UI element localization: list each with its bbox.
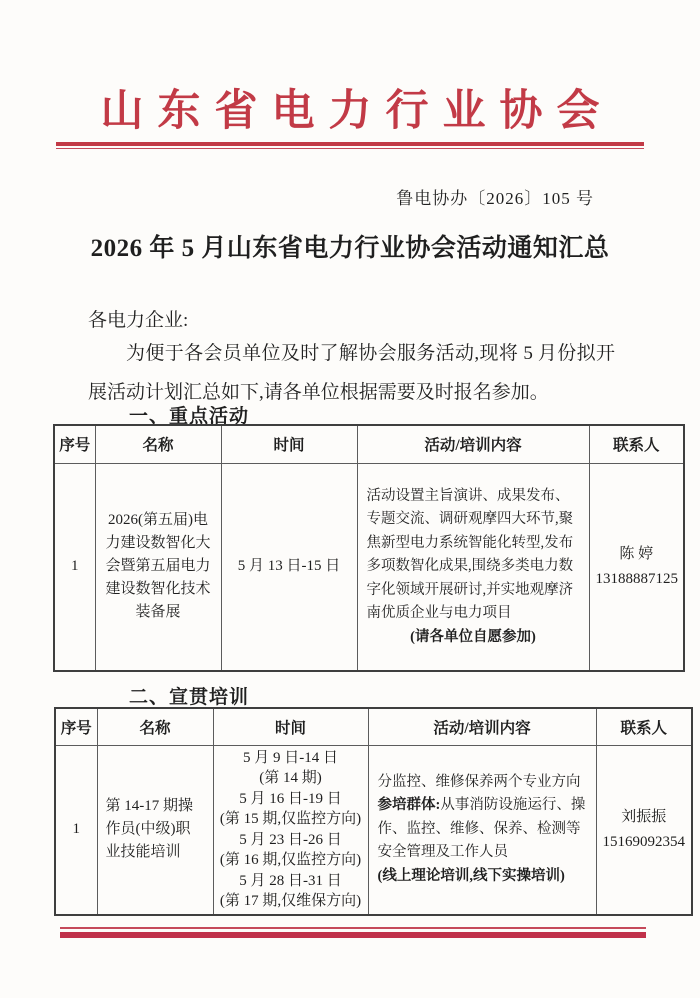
footer-double-rule [60,927,646,938]
col-header-name: 名称 [97,708,213,745]
training-name-cell: 第 14-17 期操作员(中级)职业技能培训 [97,745,213,915]
contact-phone: 13188887125 [596,567,678,592]
col-header-content: 活动/培训内容 [368,708,596,745]
contact-cell: 刘振振 15169092354 [596,745,692,915]
training-content-cell: 分监控、维修保养两个专业方向 参培群体:从事消防设施运行、操作、监控、维修、保养… [368,745,596,915]
col-header-time: 时间 [221,425,357,463]
doc-number: 鲁电协办〔2026〕105 号 [396,184,594,209]
table-row: 1 2026(第五届)电力建设数智化大会暨第五届电力建设数智化技术装备展 5 月… [54,463,684,671]
col-header-name: 名称 [95,425,221,463]
activity-time-cell: 5 月 13 日-15 日 [221,463,357,671]
col-header-content: 活动/培训内容 [357,425,589,463]
table-header-row: 序号 名称 时间 活动/培训内容 联系人 [54,425,684,463]
col-header-serial: 序号 [55,708,97,745]
contact-cell: 陈 婷 13188887125 [589,463,684,671]
letterhead-double-rule [56,142,644,149]
contact-name: 刘振振 [603,805,686,830]
salutation: 各电力企业: [88,305,188,332]
time-line: 5 月 23 日-26 日 [214,830,368,851]
activity-note: (请各单位自愿参加) [367,626,580,650]
contact-name: 陈 婷 [596,542,678,567]
col-header-contact: 联系人 [589,425,684,463]
time-line: 5 月 28 日-31 日 [214,871,368,892]
training-table: 序号 名称 时间 活动/培训内容 联系人 1 第 14-17 期操作员(中级)职… [54,707,693,916]
contact-phone: 15169092354 [603,830,686,855]
time-line: (第 17 期,仅维保方向) [214,891,368,912]
key-activities-table: 序号 名称 时间 活动/培训内容 联系人 1 2026(第五届)电力建设数智化大… [53,424,685,672]
col-header-contact: 联系人 [596,708,692,745]
activity-description: 活动设置主旨演讲、成果发布、专题交流、调研观摩四大环节,聚焦新型电力系统智能化转… [367,485,580,626]
audience-label: 参培群体: [378,797,441,813]
activity-content-cell: 活动设置主旨演讲、成果发布、专题交流、调研观摩四大环节,聚焦新型电力系统智能化转… [357,463,589,671]
training-direction: 分监控、维修保养两个专业方向 [378,771,587,795]
table-header-row: 序号 名称 时间 活动/培训内容 联系人 [55,708,692,745]
col-header-time: 时间 [213,708,368,745]
doc-title: 2026 年 5 月山东省电力行业协会活动通知汇总 [0,228,700,264]
training-time-cell: 5 月 9 日-14 日 (第 14 期) 5 月 16 日-19 日 (第 1… [213,745,368,915]
org-title: 山东省电力行业协会 [0,88,700,135]
training-note: (线上理论培训,线下实操培训) [378,865,587,889]
col-header-serial: 序号 [54,425,95,463]
time-line: 5 月 9 日-14 日 [214,748,368,769]
serial-cell: 1 [55,745,97,915]
table-row: 1 第 14-17 期操作员(中级)职业技能培训 5 月 9 日-14 日 (第… [55,745,692,915]
document-page: 山东省电力行业协会 鲁电协办〔2026〕105 号 2026 年 5 月山东省电… [0,0,700,998]
time-line: (第 14 期) [214,768,368,789]
time-line: (第 16 期,仅监控方向) [214,850,368,871]
training-audience: 参培群体:从事消防设施运行、操作、监控、维修、保养、检测等安全管理及工作人员 [378,794,587,865]
section-heading-training: 二、宣贯培训 [129,682,249,709]
activity-name-cell: 2026(第五届)电力建设数智化大会暨第五届电力建设数智化技术装备展 [95,463,221,671]
time-line: 5 月 16 日-19 日 [214,789,368,810]
serial-cell: 1 [54,463,95,671]
time-line: (第 15 期,仅监控方向) [214,809,368,830]
